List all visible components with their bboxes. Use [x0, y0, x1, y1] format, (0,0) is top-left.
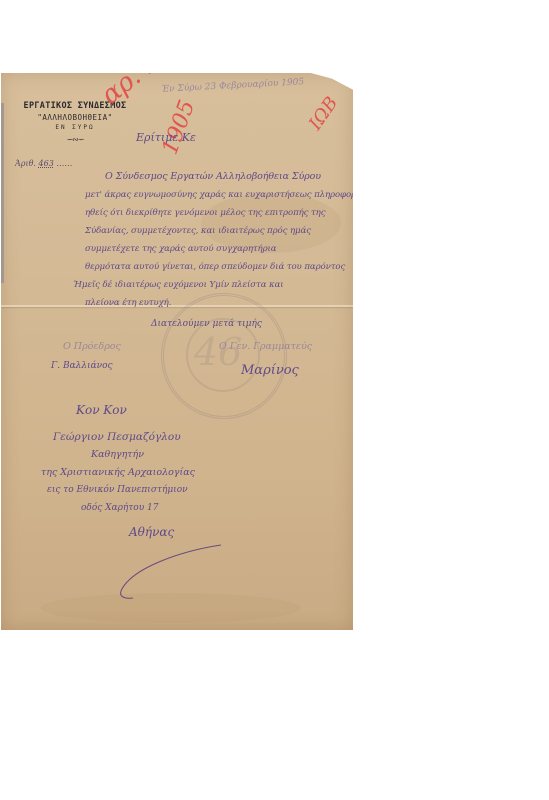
salutation: Ερίτιμε Κε — [136, 131, 196, 144]
president-signature: Γ. Βαλλιάνος — [51, 361, 113, 371]
reference-number: Άριθ. 463 …… — [15, 159, 72, 168]
dateline: Έν Σύρω 23 Φεβρουαρίου 1905 — [161, 77, 305, 94]
body-line: Ο Σύνδεσμος Εργατών Αλληλοβοήθεια Σύρου — [105, 171, 321, 182]
address-line: Γεώργιον Πεσμαζόγλου — [53, 431, 181, 443]
address-title: Κον Κον — [76, 403, 127, 417]
secretary-label: Ο Γεν. Γραμματεύς — [219, 341, 312, 352]
red-annotation-year: 1905 — [158, 97, 201, 158]
reference-dots: …… — [56, 159, 72, 168]
letterhead-location: ΕΝ ΣΥΡΩ — [15, 124, 135, 131]
body-line: συμμετέχετε της χαράς αυτού συγχαρητήρια — [85, 244, 277, 254]
president-label: Ο Πρόεδρος — [63, 341, 121, 352]
ornament-icon: ∽∾∽ — [15, 135, 135, 144]
scan-edge — [1, 103, 4, 283]
address-line: της Χριστιανικής Αρχαιολογίας — [41, 467, 195, 478]
address-line: Αθήνας — [129, 525, 174, 539]
flourish-stroke — [111, 543, 231, 603]
letterhead-society-name: "ΑΛΛΗΛΟΒΟΗΘΕΙΑ" — [15, 113, 135, 122]
fold-line — [1, 305, 353, 307]
body-line: Ήμεῖς δέ ιδιαιτέρως ευχόμενοι Υμίν πλείσ… — [73, 280, 284, 290]
seal-stamp: 46 — [161, 293, 287, 419]
secretary-signature: Μαρίνος — [241, 363, 299, 378]
body-line: μετ' άκρας ευγνωμοσύνης χαράς και ευχαρι… — [85, 190, 359, 200]
address-line: εις το Εθνικόν Πανεπιστήμιον — [47, 485, 188, 495]
address-line: οδός Χαρήτου 17 — [81, 503, 159, 513]
seal-stamp-mark: 46 — [194, 330, 242, 374]
address-line: Καθηγητήν — [91, 449, 144, 460]
reference-value: 463 — [39, 159, 54, 168]
body-line: Σύδανίας, συμμετέχοντες, και ιδιαιτέρως … — [85, 226, 311, 236]
document-page: 46 ΕΡΓΑΤΙΚΟΣ ΣΥΝΔΕΣΜΟΣ "ΑΛΛΗΛΟΒΟΗΘΕΙΑ" Ε… — [1, 73, 353, 630]
red-annotation-ref: αρ. 3, 61 — [96, 16, 206, 111]
body-line: πλείονα έτη ευτυχή. — [85, 298, 171, 308]
closing: Διατελούμεν μετά τιμής — [151, 319, 262, 329]
body-line: ηθείς ότι διεκρίθητε γενόμενοι μέλος της… — [85, 208, 325, 218]
body-line: θερμότατα αυτού γίνεται, όπερ σπεύδομεν … — [85, 262, 345, 272]
red-annotation-corner: ΙΩΒ — [305, 93, 342, 134]
reference-label: Άριθ. — [15, 159, 36, 168]
